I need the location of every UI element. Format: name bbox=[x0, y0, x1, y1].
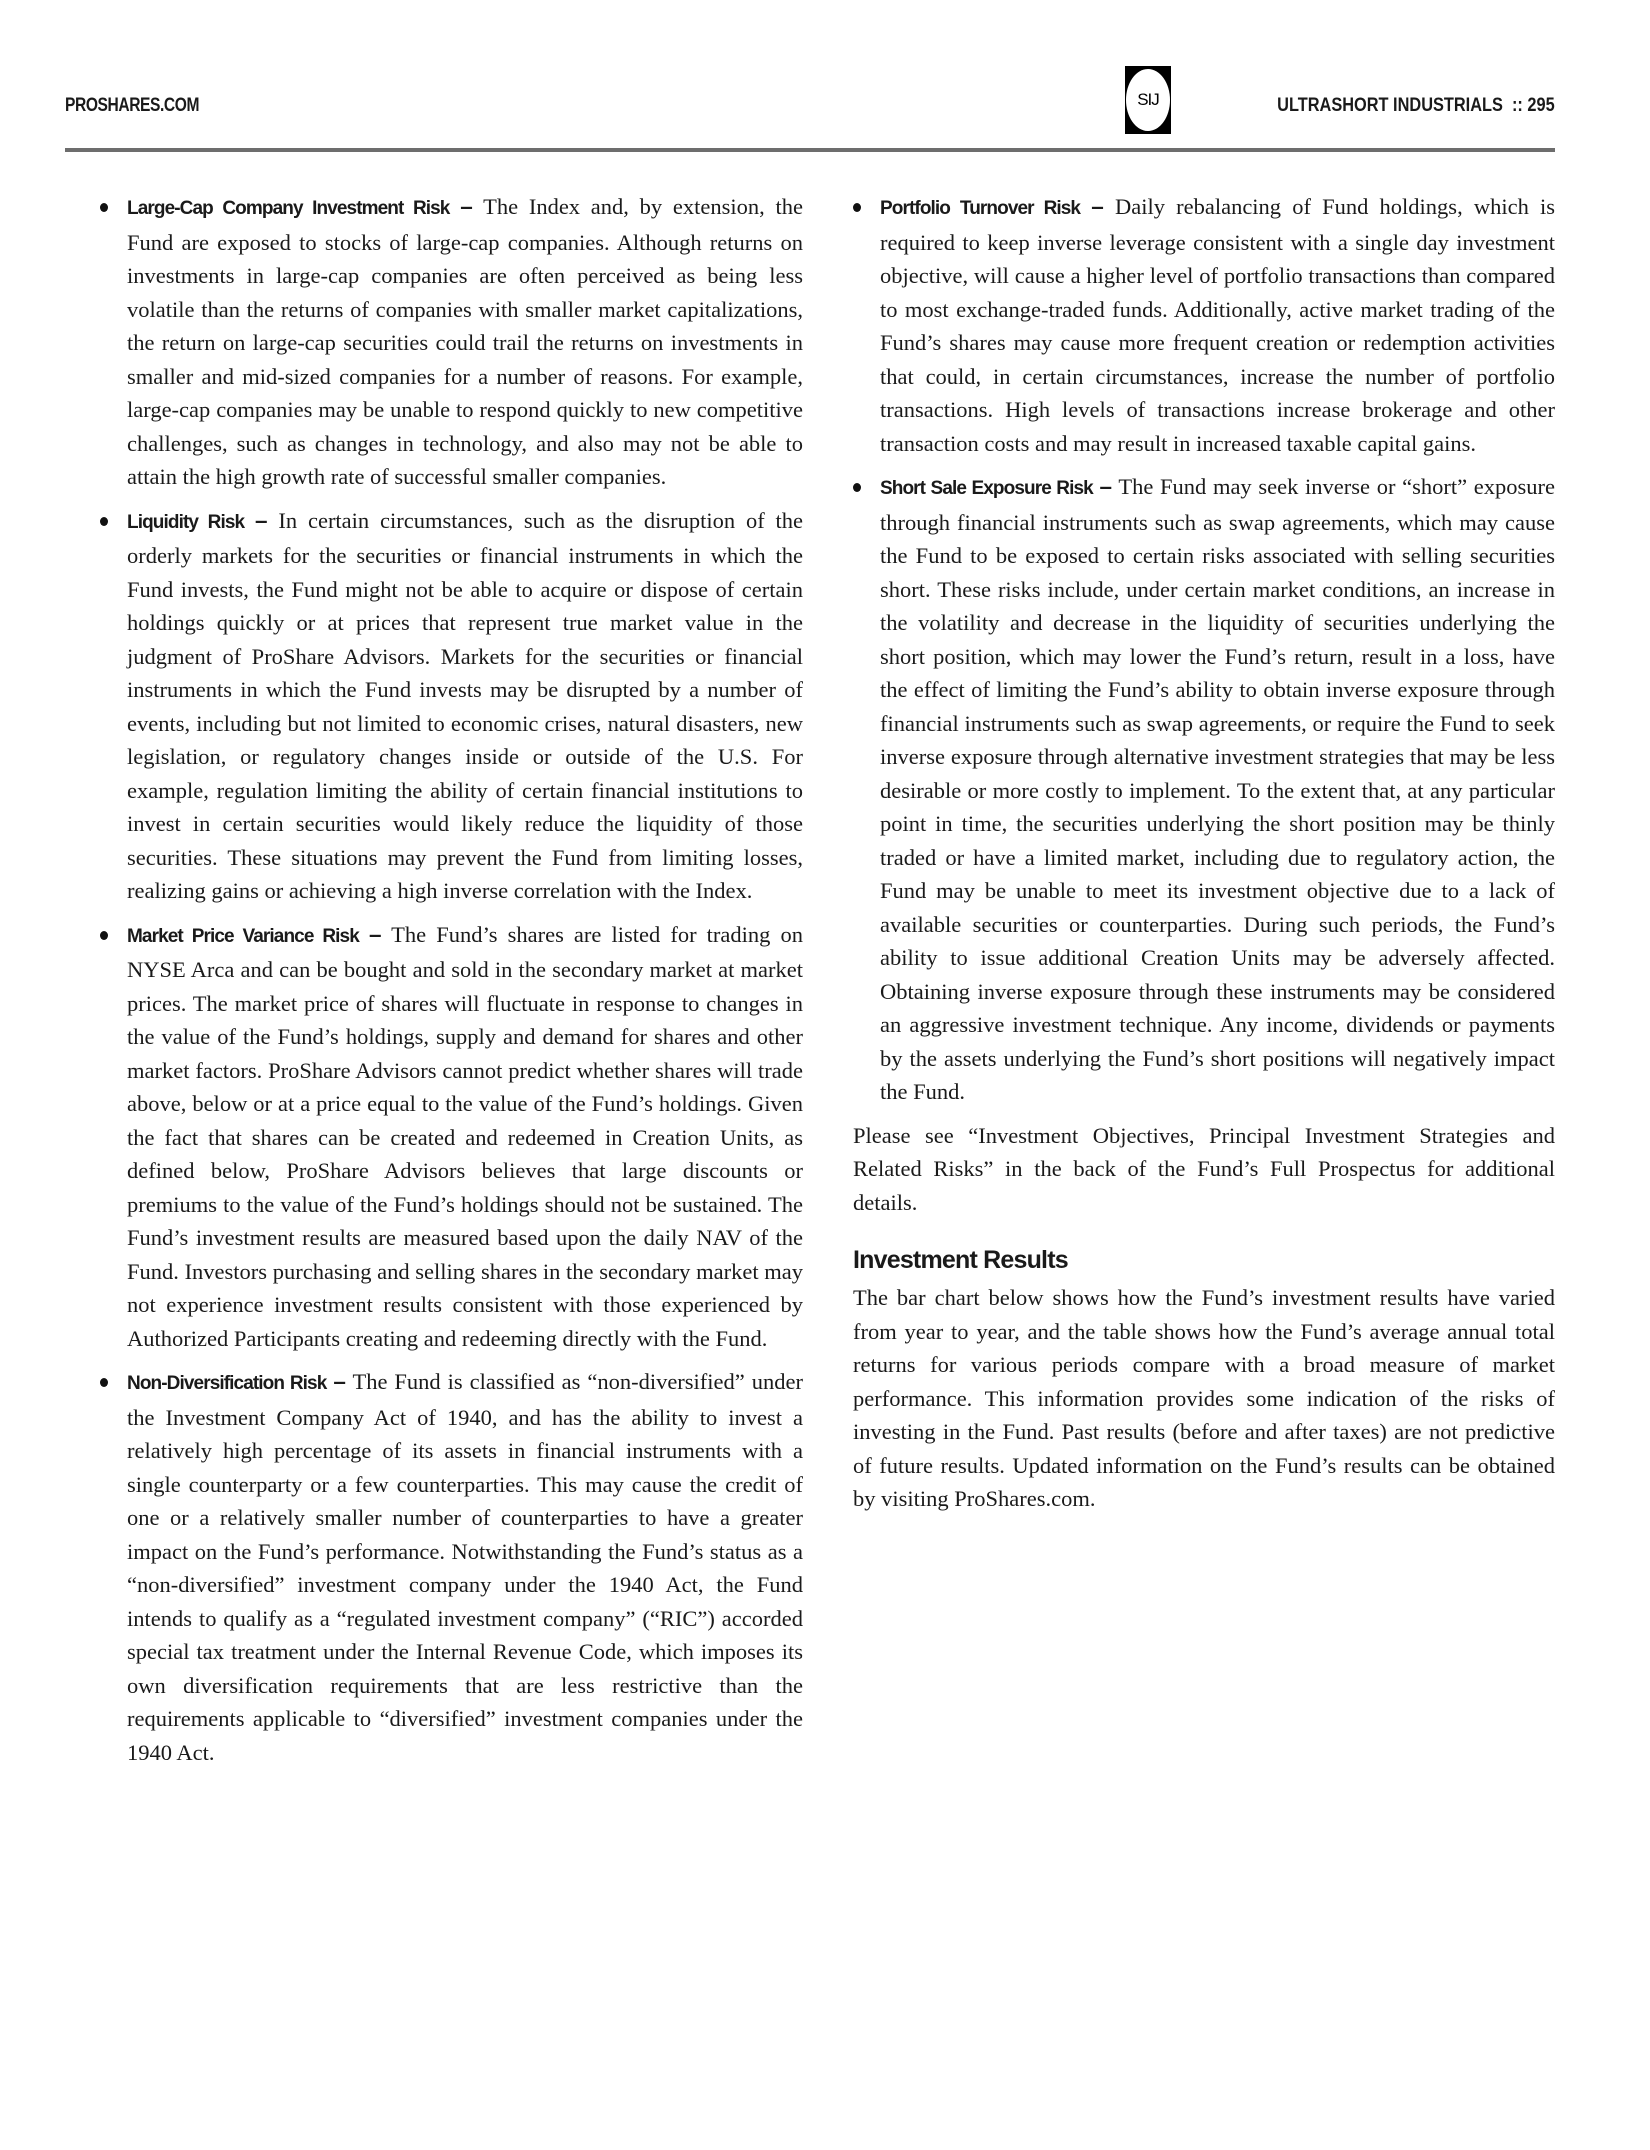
risk-item-portfolio-turnover: Portfolio Turnover Risk – Daily rebalanc… bbox=[853, 190, 1555, 460]
bullet-icon bbox=[100, 931, 108, 940]
risk-list-right: Portfolio Turnover Risk – Daily rebalanc… bbox=[853, 190, 1555, 1109]
em-dash: – bbox=[1091, 194, 1104, 219]
em-dash: – bbox=[333, 1369, 346, 1394]
bullet-icon bbox=[100, 517, 108, 526]
risk-item-liquidity: Liquidity Risk – In certain circumstance… bbox=[100, 504, 803, 908]
risk-item-non-diversification: Non-Diversification Risk – The Fund is c… bbox=[100, 1365, 803, 1769]
risk-term: Liquidity Risk bbox=[127, 512, 244, 533]
left-column: Large-Cap Company Investment Risk – The … bbox=[100, 190, 803, 1779]
page-header: PROSHARES.COM SIJ ULTRASHORT INDUSTRIALS… bbox=[65, 60, 1555, 152]
ticker-badge: SIJ bbox=[1126, 69, 1170, 131]
em-dash: – bbox=[460, 194, 473, 219]
risk-text: The Fund’s shares are listed for trad­in… bbox=[127, 922, 803, 1351]
investment-results-paragraph: The bar chart below shows how the Fund’s… bbox=[853, 1281, 1555, 1516]
risk-item-short-sale-exposure: Short Sale Exposure Risk – The Fund may … bbox=[853, 470, 1555, 1109]
risk-term: Non-Diversification Risk bbox=[127, 1373, 326, 1394]
bullet-icon bbox=[100, 203, 108, 212]
running-title: ULTRASHORT INDUSTRIALS :: 295 bbox=[1278, 95, 1555, 117]
see-also-paragraph: Please see “Investment Objectives, Princ… bbox=[853, 1119, 1555, 1220]
bullet-icon bbox=[853, 203, 861, 212]
bullet-icon bbox=[100, 1378, 108, 1387]
fund-name: ULTRASHORT INDUSTRIALS bbox=[1278, 95, 1504, 116]
section-heading-investment-results: Investment Results bbox=[853, 1245, 1555, 1275]
risk-list-left: Large-Cap Company Investment Risk – The … bbox=[100, 190, 803, 1769]
site-name: PROSHARES.COM bbox=[65, 95, 199, 117]
bullet-icon bbox=[853, 483, 861, 492]
risk-item-large-cap: Large-Cap Company Investment Risk – The … bbox=[100, 190, 803, 494]
risk-term: Portfolio Turnover Risk bbox=[880, 198, 1080, 219]
em-dash: – bbox=[369, 922, 382, 947]
fund-ticker-logo: SIJ bbox=[1125, 66, 1171, 134]
title-separator: :: bbox=[1512, 95, 1523, 116]
risk-term: Short Sale Exposure Risk bbox=[880, 478, 1093, 499]
risk-term: Market Price Variance Risk bbox=[127, 926, 359, 947]
risk-term: Large-Cap Company Investment Risk bbox=[127, 198, 449, 219]
em-dash: – bbox=[1100, 474, 1113, 499]
risk-text: In certain circumstances, such as the di… bbox=[127, 508, 803, 904]
page-number: 295 bbox=[1528, 95, 1555, 116]
risk-text: The Fund may seek inverse or “short” exp… bbox=[880, 474, 1555, 1104]
em-dash: – bbox=[255, 508, 268, 533]
risk-text: The Index and, by extension, the Fund ar… bbox=[127, 194, 803, 489]
risk-text: The Fund is classified as “non-diversifi… bbox=[127, 1369, 803, 1765]
risk-text: Daily rebalancing of Fund holdings, whic… bbox=[880, 194, 1555, 456]
right-column: Portfolio Turnover Risk – Daily rebalanc… bbox=[853, 190, 1555, 1528]
risk-item-market-price-variance: Market Price Variance Risk – The Fund’s … bbox=[100, 918, 803, 1356]
header-rule bbox=[65, 148, 1555, 152]
